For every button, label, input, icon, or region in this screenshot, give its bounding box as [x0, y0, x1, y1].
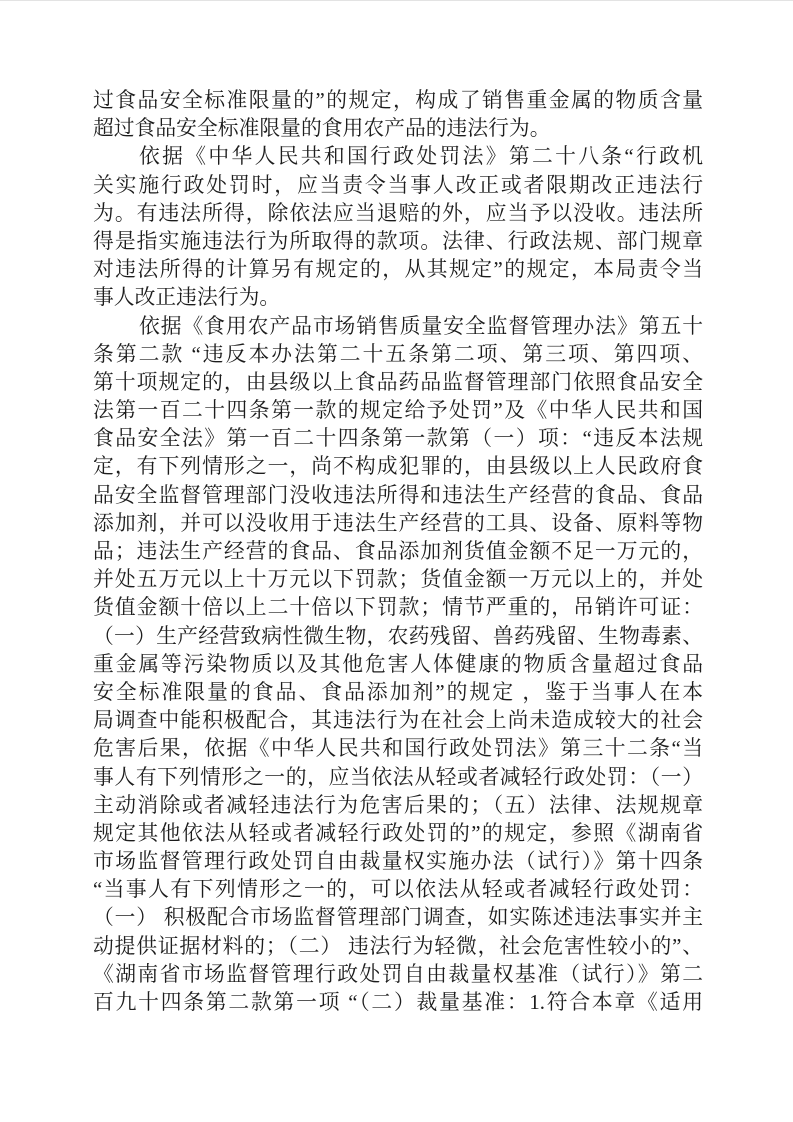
text-line: 超过食品安全标准限量的食用农产品的违法行为。	[93, 115, 703, 143]
legal-document-body-text: 过食品安全标准限量的”的规定，构成了销售重金属的物质含量超过食品安全标准限量的食…	[93, 87, 703, 1017]
text-line: 定，有下列情形之一，尚不构成犯罪的，由县级以上人民政府食	[93, 453, 703, 481]
text-line: 事人有下列情形之一的，应当依法从轻或者减轻行政处罚：（一）	[93, 764, 703, 792]
text-line: （一） 积极配合市场监督管理部门调查，如实陈述违法事实并主	[93, 904, 703, 932]
text-line: 百九十四条第二款第一项 “（二）裁量基准：1.符合本章《适用	[93, 989, 703, 1017]
text-line: 食品安全法》第一百二十四条第一款第（一）项：“违反本法规	[93, 425, 703, 453]
text-line: 局调查中能积极配合，其违法行为在社会上尚未造成较大的社会	[93, 707, 703, 735]
text-line: 市场监督管理行政处罚自由裁量权实施办法（试行）》第十四条	[93, 848, 703, 876]
text-line: （一）生产经营致病性微生物，农药残留、兽药残留、生物毒素、	[93, 623, 703, 651]
text-line: 品安全监督管理部门没收违法所得和违法生产经营的食品、食品	[93, 482, 703, 510]
text-line: 危害后果，依据《中华人民共和国行政处罚法》第三十二条“当	[93, 735, 703, 763]
document-page: 过食品安全标准限量的”的规定，构成了销售重金属的物质含量超过食品安全标准限量的食…	[0, 0, 793, 1122]
text-line: 条第二款 “违反本办法第二十五条第二项、第三项、第四项、	[93, 341, 703, 369]
text-line: 得是指实施违法行为所取得的款项。法律、行政法规、部门规章	[93, 228, 703, 256]
text-line: 货值金额十倍以上二十倍以下罚款；情节严重的，吊销许可证：	[93, 594, 703, 622]
text-line: 为。有违法所得，除依法应当退赔的外，应当予以没收。违法所	[93, 200, 703, 228]
text-line: 品；违法生产经营的食品、食品添加剂货值金额不足一万元的，	[93, 538, 703, 566]
text-line: 依据《中华人民共和国行政处罚法》第二十八条“行政机	[93, 143, 703, 171]
text-line: 法第一百二十四条第一款的规定给予处罚”及《中华人民共和国	[93, 397, 703, 425]
text-line: 对违法所得的计算另有规定的，从其规定”的规定，本局责令当	[93, 256, 703, 284]
text-line: “当事人有下列情形之一的，可以依法从轻或者减轻行政处罚：	[93, 876, 703, 904]
text-line: 添加剂，并可以没收用于违法生产经营的工具、设备、原料等物	[93, 510, 703, 538]
text-line: 重金属等污染物质以及其他危害人体健康的物质含量超过食品	[93, 651, 703, 679]
text-line: 过食品安全标准限量的”的规定，构成了销售重金属的物质含量	[93, 87, 703, 115]
text-line: 《湖南省市场监督管理行政处罚自由裁量权基准（试行）》第二	[93, 961, 703, 989]
text-line: 关实施行政处罚时，应当责令当事人改正或者限期改正违法行	[93, 172, 703, 200]
text-line: 依据《食用农产品市场销售质量安全监督管理办法》第五十	[93, 313, 703, 341]
text-line: 第十项规定的，由县级以上食品药品监督管理部门依照食品安全	[93, 369, 703, 397]
text-line: 规定其他依法从轻或者减轻行政处罚的”的规定，参照《湖南省	[93, 820, 703, 848]
text-line: 主动消除或者减轻违法行为危害后果的；（五）法律、法规规章	[93, 792, 703, 820]
text-line: 并处五万元以上十万元以下罚款；货值金额一万元以上的，并处	[93, 566, 703, 594]
text-line: 事人改正违法行为。	[93, 284, 703, 312]
text-line: 安全标准限量的食品、食品添加剂”的规定 ，鉴于当事人在本	[93, 679, 703, 707]
text-line: 动提供证据材料的；（二） 违法行为轻微，社会危害性较小的”、	[93, 933, 703, 961]
